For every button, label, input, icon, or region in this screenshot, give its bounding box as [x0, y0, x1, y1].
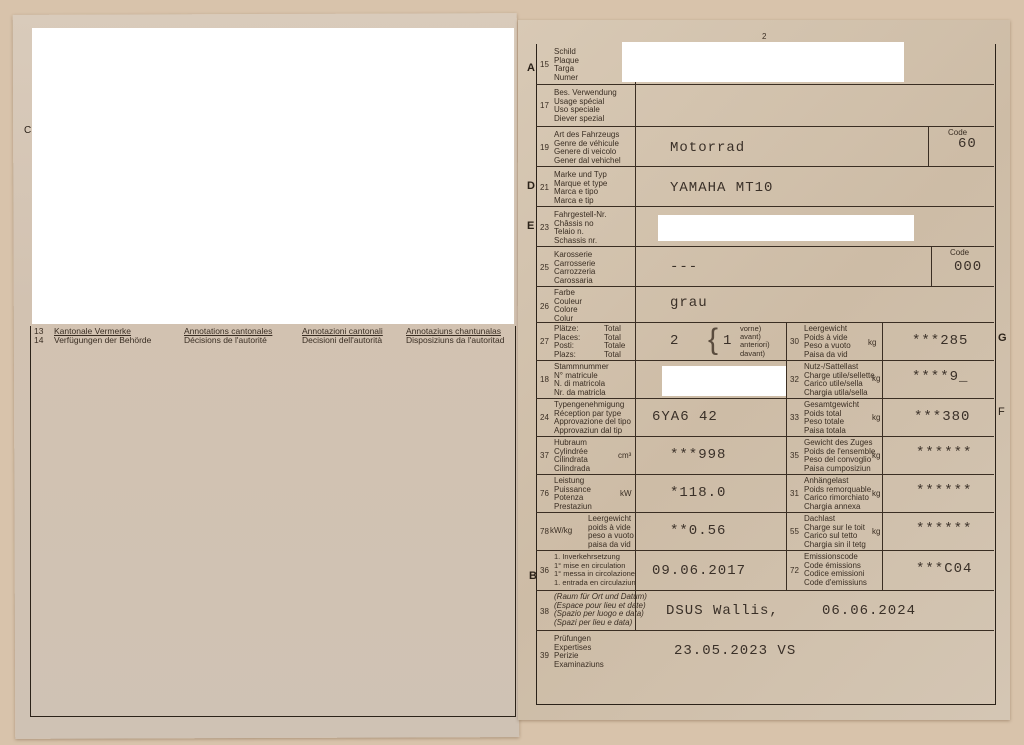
- field-21-make-model: 21 Marke und TypMarque et typeMarca e ti…: [536, 166, 994, 207]
- power-to-weight-value: **0.56: [670, 523, 726, 539]
- payload-value: ****9_: [912, 369, 968, 385]
- row-27-30: 27 Plätze:Places:Posti:Plazs: TotalTotal…: [536, 322, 994, 361]
- issue-date-value: 06.06.2024: [822, 603, 916, 619]
- row-36-72: 36 1. Inverkehrsetzung1° mise en circula…: [536, 550, 994, 591]
- issue-place-value: DSUS Wallis,: [666, 603, 779, 619]
- displacement-value: ***998: [670, 447, 726, 463]
- vehicle-type-code: 60: [958, 136, 977, 152]
- side-marker-f: F: [998, 406, 1005, 418]
- towing-load-value: ******: [916, 483, 972, 499]
- side-marker-g: G: [998, 332, 1007, 344]
- type-approval-value: 6YA6 42: [652, 409, 718, 425]
- make-model-value: YAMAHA MT10: [670, 180, 773, 196]
- field-26-color: 26 FarbeCouleurColoreColur grau: [536, 286, 994, 323]
- page-number: 2: [762, 32, 766, 41]
- side-marker-d: D: [527, 180, 535, 192]
- vehicle-type-value: Motorrad: [670, 140, 745, 156]
- seats-front-value: 1: [723, 333, 732, 349]
- emission-code-value: ***C04: [916, 561, 972, 577]
- color-value: grau: [670, 295, 708, 311]
- header-fr-14: Décisions de l'autorité: [184, 336, 267, 345]
- power-value: *118.0: [670, 485, 726, 501]
- body-value: ---: [670, 259, 698, 275]
- left-page-frame: [30, 326, 516, 717]
- redacted-chassis-number: [658, 215, 914, 241]
- train-weight-value: ******: [916, 445, 972, 461]
- total-weight-value: ***380: [914, 409, 970, 425]
- redacted-photo-area: [32, 28, 514, 324]
- row-76-31: 76 LeistungPuissancePotenzaPrestaziun kW…: [536, 474, 994, 513]
- redacted-registration-number: [662, 366, 786, 396]
- field-25-body: 25 KarosserieCarrosserieCarrozzeriaCaros…: [536, 246, 994, 287]
- body-code: 000: [954, 259, 982, 275]
- field-19-vehicle-type: 19 Art des FahrzeugsGenre de véhiculeGen…: [536, 126, 994, 167]
- header-it-14: Decisioni dell'autorità: [302, 336, 382, 345]
- header-rm-14: Disposiziuns da l'autoritad: [406, 336, 504, 345]
- side-marker-a: A: [527, 62, 535, 74]
- side-marker-c: C: [24, 125, 31, 136]
- field-39-inspections: 39 PrüfungenExpertisesPerizieExaminaziun…: [536, 630, 994, 701]
- header-num-14: 14: [34, 336, 43, 345]
- seats-total-value: 2: [670, 333, 679, 349]
- roof-load-value: ******: [916, 521, 972, 537]
- redacted-plate-number: [622, 42, 904, 82]
- inspection-value: 23.05.2023 VS: [674, 643, 796, 659]
- row-37-35: 37 HubraumCylindréeCilindrataCilindrada …: [536, 436, 994, 475]
- field-17-special-use: 17 Bes. VerwendungUsage spécialUso speci…: [536, 84, 994, 125]
- brace-icon: {: [708, 325, 718, 355]
- row-78-55: 78 kW/kg Leergewichtpoids à videpeso a v…: [536, 512, 994, 551]
- empty-weight-value: ***285: [912, 333, 968, 349]
- side-marker-e: E: [527, 220, 534, 232]
- first-registration-date: 09.06.2017: [652, 563, 746, 579]
- field-38-place-date: 38 (Raum für Ort und Datum)(Espace pour …: [536, 590, 994, 631]
- header-de-14: Verfügungen der Behörde: [54, 336, 151, 345]
- row-24-33: 24 TypengenehmigungRéception par typeApp…: [536, 398, 994, 437]
